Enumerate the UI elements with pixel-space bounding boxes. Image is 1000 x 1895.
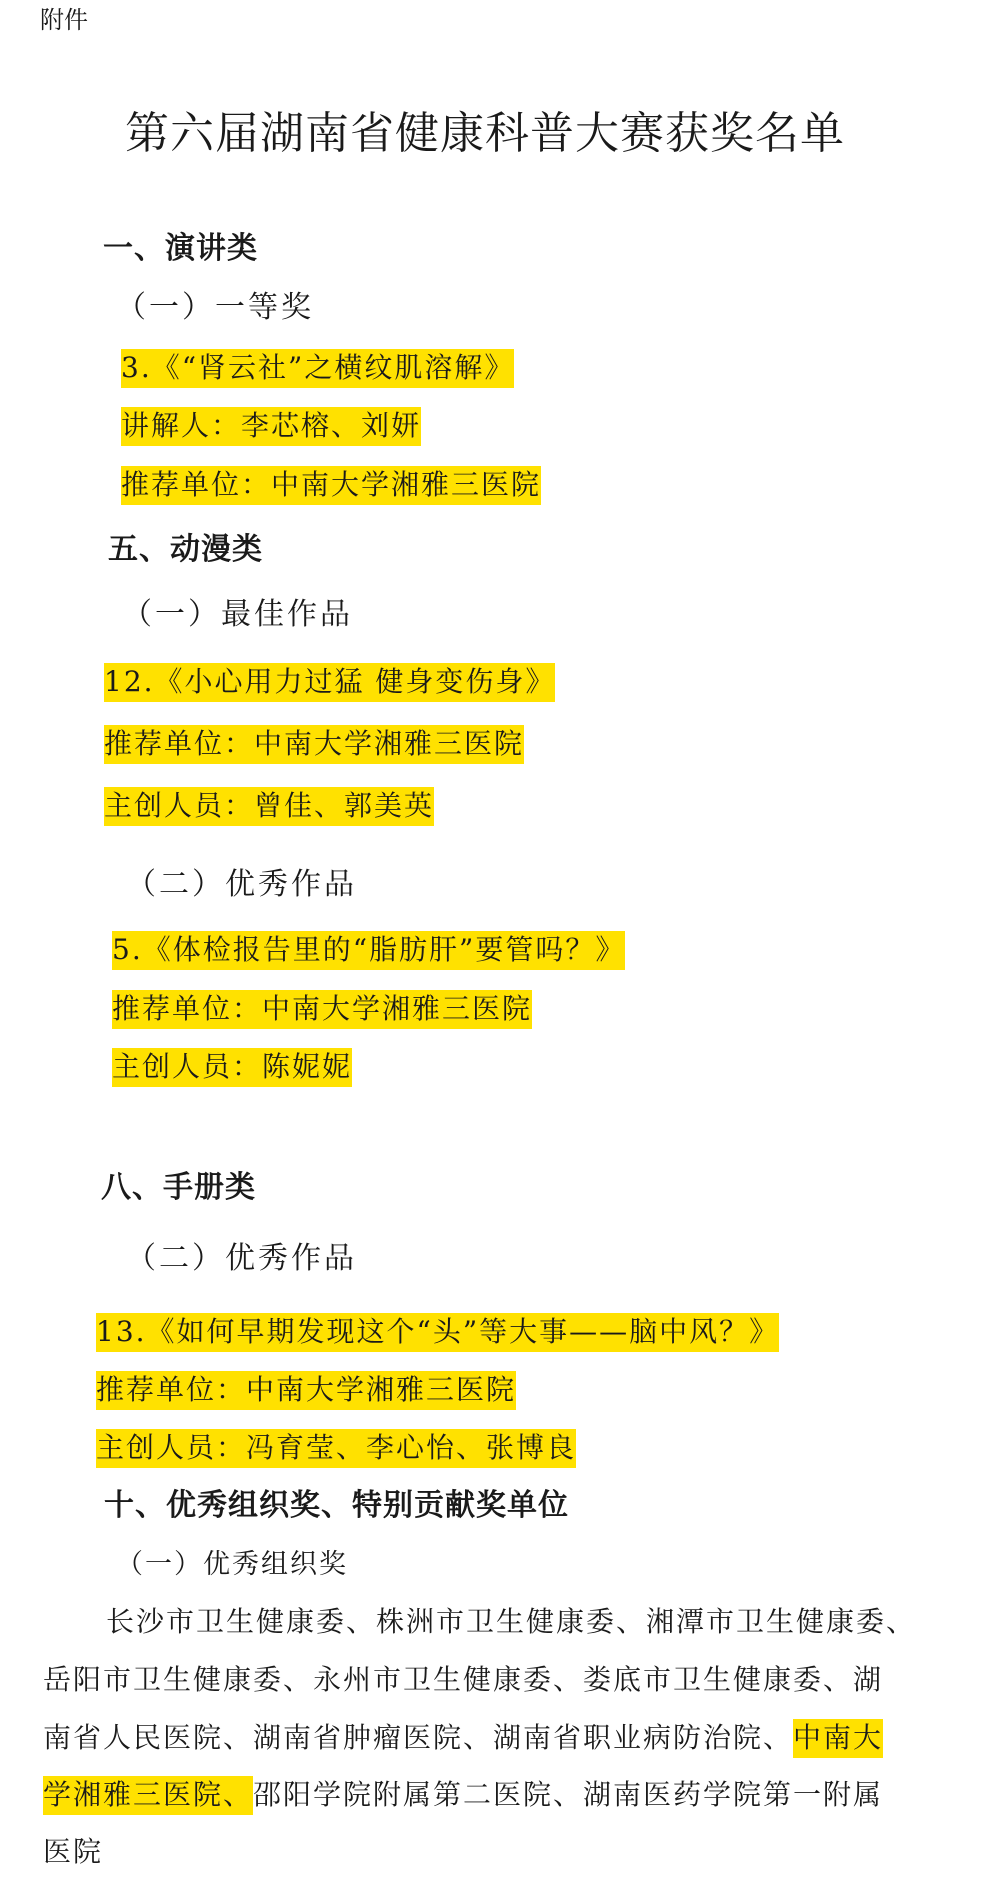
paragraph-line: 长沙市卫生健康委、株洲市卫生健康委、湘潭市卫生健康委、 xyxy=(106,1608,916,1636)
subsection-heading-excellent-works: （二）优秀作品 xyxy=(126,870,357,900)
page-title: 第六届湖南省健康科普大赛获奖名单 xyxy=(0,112,970,156)
entry-title: 5.《体检报告里的“脂肪肝”要管吗？》 xyxy=(112,931,625,970)
entry-presenter: 讲解人：李芯榕、刘妍 xyxy=(121,407,421,446)
subsection-heading-best-works: （一）最佳作品 xyxy=(122,600,353,630)
section-heading-handbook: 八、手册类 xyxy=(101,1173,256,1203)
entry-title: 12.《小心用力过猛 健身变伤身》 xyxy=(104,663,555,702)
section-heading-speech: 一、演讲类 xyxy=(103,234,258,264)
subsection-heading-excellent-works: （二）优秀作品 xyxy=(126,1244,357,1274)
attachment-label: 附件 xyxy=(40,8,88,32)
paragraph-line: 南省人民医院、湖南省肿瘤医院、湖南省职业病防治院、 xyxy=(43,1721,793,1754)
entry-recommender: 推荐单位：中南大学湘雅三医院 xyxy=(112,990,532,1029)
entry-creators: 主创人员：陈妮妮 xyxy=(112,1048,352,1087)
entry-creators: 主创人员：冯育莹、李心怡、张博良 xyxy=(96,1429,576,1468)
paragraph-line: 医院 xyxy=(43,1838,103,1866)
paragraph-line: 岳阳市卫生健康委、永州市卫生健康委、娄底市卫生健康委、湖 xyxy=(43,1666,883,1694)
entry-title: 3.《“肾云社”之横纹肌溶解》 xyxy=(121,349,514,388)
entry-recommender: 推荐单位：中南大学湘雅三医院 xyxy=(96,1371,516,1410)
paragraph-line: 邵阳学院附属第二医院、湖南医药学院第一附属 xyxy=(253,1778,883,1811)
highlighted-unit: 学湘雅三医院、 xyxy=(43,1776,253,1815)
section-heading-animation: 五、动漫类 xyxy=(108,535,263,565)
entry-title: 13.《如何早期发现这个“头”等大事——脑中风？》 xyxy=(96,1313,779,1352)
subsection-heading-excellent-organization: （一）优秀组织奖 xyxy=(116,1551,348,1578)
entry-recommender: 推荐单位：中南大学湘雅三医院 xyxy=(104,725,524,764)
section-heading-organization-awards: 十、优秀组织奖、特别贡献奖单位 xyxy=(104,1491,569,1521)
entry-creators: 主创人员：曾佳、郭美英 xyxy=(104,787,434,826)
subsection-heading-first-prize: （一）一等奖 xyxy=(116,293,314,323)
entry-recommender: 推荐单位：中南大学湘雅三医院 xyxy=(121,466,541,505)
highlighted-unit: 中南大 xyxy=(793,1719,883,1758)
